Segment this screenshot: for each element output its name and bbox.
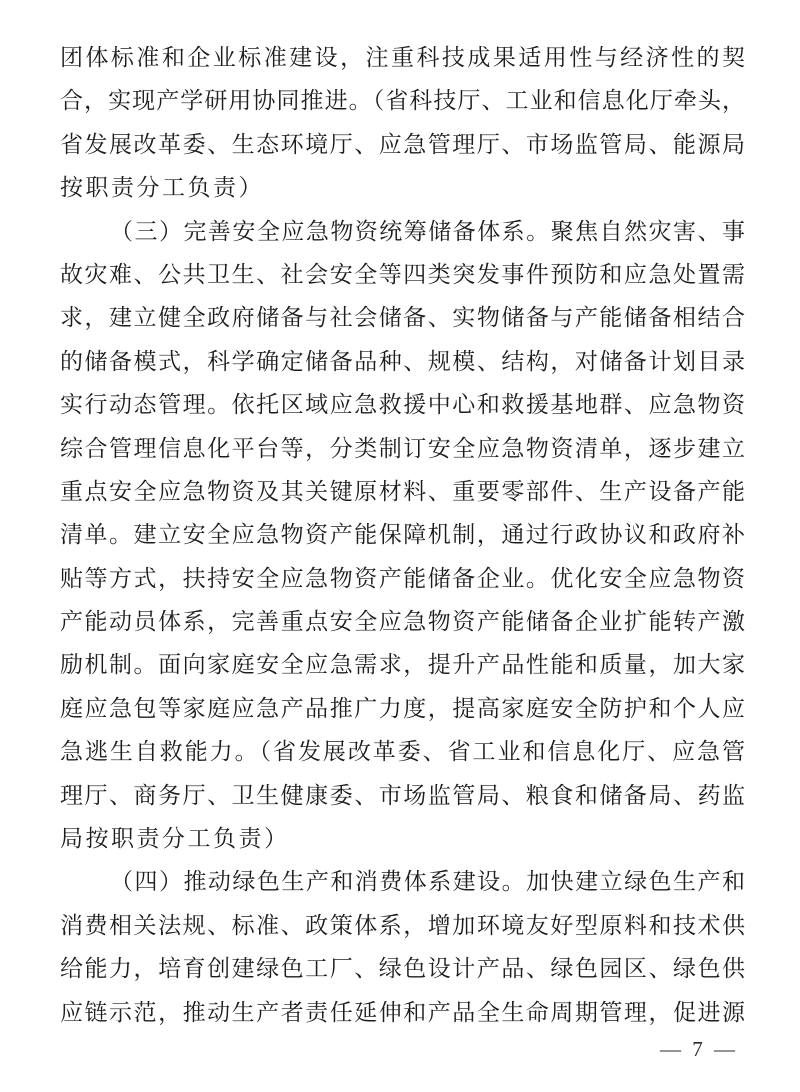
text-line: 庭应急包等家庭应急产品推广力度，提高家庭安全防护和个人应 xyxy=(60,687,745,730)
text-line: 重点安全应急物资及其关键原材料、重要零部件、生产设备产能 xyxy=(60,470,745,513)
page-number: — 7 — xyxy=(660,1032,738,1066)
text-line: 故灾难、公共卫生、社会安全等四类突发事件预防和应急处置需 xyxy=(60,253,745,296)
text-line: 局按职责分工负责） xyxy=(60,817,745,860)
text-line: 理厅、商务厅、卫生健康委、市场监管局、粮食和储备局、药监 xyxy=(60,774,745,817)
text-line: 急逃生自救能力。（省发展改革委、省工业和信息化厅、应急管 xyxy=(60,730,745,773)
text-line: 求，建立健全政府储备与社会储备、实物储备与产能储备相结合 xyxy=(60,296,745,339)
text-line: 给能力，培育创建绿色工厂、绿色设计产品、绿色园区、绿色供 xyxy=(60,947,745,990)
text-line: 清单。建立安全应急物资产能保障机制，通过行政协议和政府补 xyxy=(60,513,745,556)
text-line: 合，实现产学研用协同推进。（省科技厅、工业和信息化厅牵头， xyxy=(60,79,745,122)
document-body-text: 团体标准和企业标准建设，注重科技成果适用性与经济性的契 合，实现产学研用协同推进… xyxy=(60,36,745,1034)
text-line: 产能动员体系，完善重点安全应急物资产能储备企业扩能转产激 xyxy=(60,600,745,643)
text-line: 团体标准和企业标准建设，注重科技成果适用性与经济性的契 xyxy=(60,36,745,79)
text-line: 应链示范，推动生产者责任延伸和产品全生命周期管理，促进源 xyxy=(60,991,745,1034)
text-line: 省发展改革委、生态环境厅、应急管理厅、市场监管局、能源局 xyxy=(60,123,745,166)
text-line: 按职责分工负责） xyxy=(60,166,745,209)
text-line-section-3-heading: （三）完善安全应急物资统筹储备体系。聚焦自然灾害、事 xyxy=(60,210,745,253)
text-line: 的储备模式，科学确定储备品种、规模、结构，对储备计划目录 xyxy=(60,340,745,383)
text-line: 消费相关法规、标准、政策体系，增加环境友好型原料和技术供 xyxy=(60,904,745,947)
text-line: 实行动态管理。依托区域应急救援中心和救援基地群、应急物资 xyxy=(60,383,745,426)
text-line-section-4-heading: （四）推动绿色生产和消费体系建设。加快建立绿色生产和 xyxy=(60,860,745,903)
document-page: 团体标准和企业标准建设，注重科技成果适用性与经济性的契 合，实现产学研用协同推进… xyxy=(0,0,800,1092)
text-line: 励机制。面向家庭安全应急需求，提升产品性能和质量，加大家 xyxy=(60,643,745,686)
text-line: 综合管理信息化平台等，分类制订安全应急物资清单，逐步建立 xyxy=(60,427,745,470)
text-line: 贴等方式，扶持安全应急物资产能储备企业。优化安全应急物资 xyxy=(60,557,745,600)
